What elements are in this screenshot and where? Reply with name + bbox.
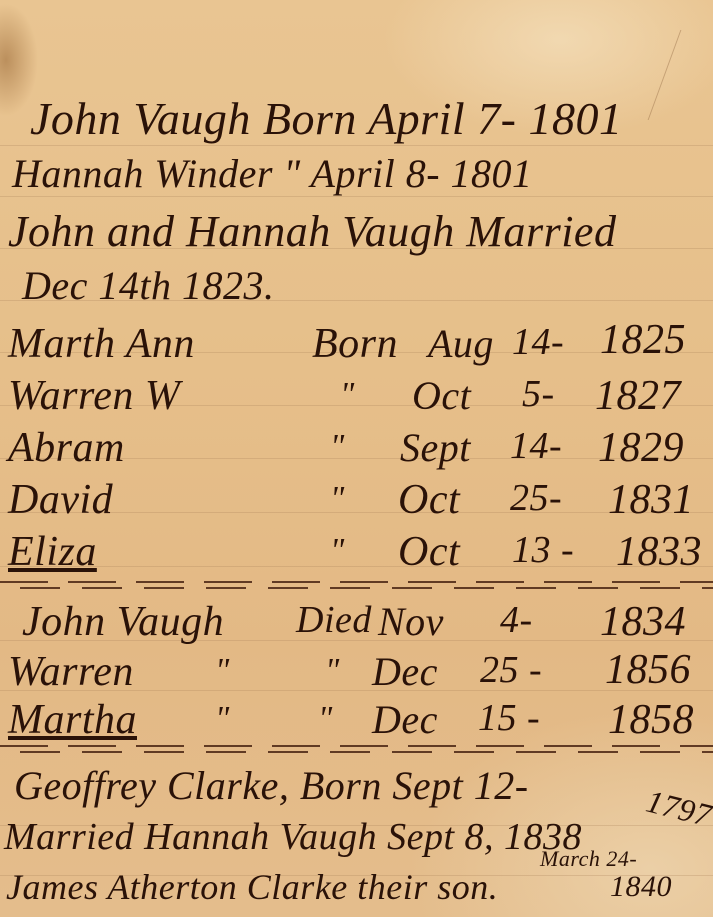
death-day: 15 - xyxy=(478,696,540,740)
ruled-line xyxy=(0,145,713,146)
entry-second-marriage: Married Hannah Vaugh Sept 8, 1838 xyxy=(4,815,582,859)
entry-son-born: James Atherton Clarke their son. xyxy=(6,866,498,908)
ditto-mark: " xyxy=(215,652,230,690)
death-month: Nov xyxy=(378,598,444,645)
ditto-mark: " xyxy=(330,532,345,570)
child-month: Oct xyxy=(412,372,471,419)
ditto-mark: " xyxy=(325,652,340,690)
ditto-mark: " xyxy=(318,700,333,738)
death-day: 25 - xyxy=(480,648,542,692)
child-name: David xyxy=(8,476,113,524)
ditto-mark: " xyxy=(330,428,345,466)
ditto-mark: " xyxy=(340,376,355,414)
ditto-mark: " xyxy=(330,480,345,518)
entry-son-born-year: 1840 xyxy=(610,870,672,904)
entry-marriage-date: Dec 14th 1823. xyxy=(22,262,275,309)
child-day: 14- xyxy=(510,424,562,468)
child-name: Warren W xyxy=(8,372,180,420)
ditto-mark: " xyxy=(215,700,230,738)
entry-son-born-date: March 24- xyxy=(540,846,637,872)
document-page: John Vaugh Born April 7- 1801 Hannah Win… xyxy=(0,0,713,917)
child-year: 1829 xyxy=(598,424,684,472)
child-month: Sept xyxy=(400,424,471,471)
child-name: Eliza xyxy=(8,528,97,576)
entry-john-born: John Vaugh Born April 7- 1801 xyxy=(30,92,622,145)
child-year: 1827 xyxy=(595,372,681,420)
child-day: 5- xyxy=(522,372,555,416)
entry-hannah-born: Hannah Winder " April 8- 1801 xyxy=(12,150,533,197)
child-born-label: Born xyxy=(312,320,398,368)
death-name: John Vaugh xyxy=(22,598,224,646)
death-name: Warren xyxy=(8,648,134,696)
child-month: Oct xyxy=(398,476,460,524)
child-month: Aug xyxy=(428,320,494,367)
child-name: Abram xyxy=(8,424,125,472)
death-year: 1856 xyxy=(605,646,691,694)
death-year: 1834 xyxy=(600,598,686,646)
death-year: 1858 xyxy=(608,696,694,744)
child-day: 14- xyxy=(512,320,564,364)
died-label: Died xyxy=(296,598,372,642)
child-day: 25- xyxy=(510,476,562,520)
entry-geoffrey-born: Geoffrey Clarke, Born Sept 12- xyxy=(14,762,529,809)
entry-geoffrey-born-year: 1797 xyxy=(643,783,713,835)
entry-marriage: John and Hannah Vaugh Married xyxy=(8,206,616,257)
child-year: 1833 xyxy=(616,528,702,576)
death-month: Dec xyxy=(372,696,438,743)
ruled-line xyxy=(0,566,713,567)
child-year: 1831 xyxy=(608,476,694,524)
child-month: Oct xyxy=(398,528,460,576)
death-name: Martha xyxy=(8,696,137,744)
child-year: 1825 xyxy=(600,316,686,364)
child-day: 13 - xyxy=(512,528,574,572)
child-name: Marth Ann xyxy=(8,320,195,368)
paper-fold-crease xyxy=(648,30,713,120)
separator-double-dashed xyxy=(0,742,713,756)
death-month: Dec xyxy=(372,648,438,695)
death-day: 4- xyxy=(500,598,533,642)
separator-double-dashed xyxy=(0,578,713,592)
